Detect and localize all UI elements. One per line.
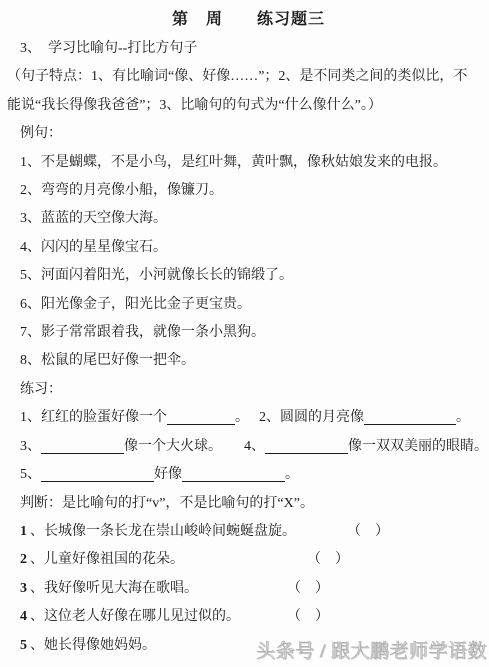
- example-sentence-2: 2、弯弯的月亮像小船，像镰刀。: [20, 177, 477, 205]
- fill-in-line-3: 5、好像。: [20, 461, 477, 489]
- example-sentence-3: 3、蓝蓝的天空像大海。: [20, 205, 477, 233]
- fill-q5-blank-1: [41, 466, 154, 482]
- fill-q4-text: 像一双双美丽的眼睛。: [348, 439, 488, 454]
- fill-q5-mid: 好像: [154, 467, 182, 482]
- fill-q3-blank: [41, 438, 124, 454]
- examples-label: 例句：: [20, 120, 477, 148]
- fill-q1-period: 。: [235, 410, 249, 425]
- page-title: 第 周 练习题三: [20, 5, 477, 35]
- fill-in-line-1: 1、红红的脸蛋好像一个。2、圆圆的月亮像。: [20, 404, 477, 432]
- example-sentence-7: 7、影子常常跟着我，就像一条小黑狗。: [20, 319, 477, 347]
- answer-parentheses: （ ）: [287, 575, 329, 603]
- judge-item-3: 3、我好像听见大海在歌唱。（ ）: [20, 575, 477, 603]
- fill-q3-num: 3、: [20, 439, 41, 454]
- example-sentence-6: 6、阳光像金子，阳光比金子更宝贵。: [20, 291, 477, 319]
- fill-q2-period: 。: [456, 410, 470, 425]
- exercise-label: 练习：: [20, 376, 477, 404]
- example-sentence-8: 8、松鼠的尾巴好像一把伞。: [20, 347, 477, 375]
- fill-in-line-2: 3、像一个大火球。4、像一双双美丽的眼睛。: [20, 433, 477, 461]
- section-heading-metaphor: 3、 学习比喻句--打比方句子: [20, 35, 477, 63]
- worksheet-page: 第 周 练习题三 3、 学习比喻句--打比方句子 （句子特点：1、有比喻词“像、…: [0, 0, 489, 667]
- answer-parentheses: （ ）: [347, 518, 389, 546]
- judge-item-text: 、我好像听见大海在歌唱。: [30, 581, 198, 596]
- judge-item-text: 、这位老人好像在哪儿见过似的。: [30, 609, 240, 624]
- judge-item-text: 、儿童好像祖国的花朵。: [30, 552, 184, 567]
- judge-item-text: 、她长得像她妈妈。: [30, 638, 156, 653]
- judge-item-number: 3: [20, 581, 27, 596]
- judge-item-1: 1、长城像一条长龙在崇山峻岭间蜿蜒盘旋。（ ）: [20, 518, 477, 546]
- fill-q3-text: 像一个大火球。: [124, 439, 222, 454]
- toutiao-watermark: 头条号 / 跟大鹏老师学语数: [256, 636, 487, 663]
- judge-item-4: 4、这位老人好像在哪儿见过似的。（ ）: [20, 603, 477, 631]
- judge-item-number: 1: [20, 524, 27, 539]
- fill-q4-blank: [265, 438, 348, 454]
- answer-parentheses: （ ）: [307, 546, 349, 574]
- judge-item-2: 2、儿童好像祖国的花朵。（ ）: [20, 546, 477, 574]
- answer-parentheses: （ ）: [287, 603, 329, 631]
- note-line-1: （句子特点：1、有比喻词“像、好像……”；2、是不同类之间的类似比，不: [7, 63, 477, 91]
- judge-item-text: 、长城像一条长龙在崇山峻岭间蜿蜒盘旋。: [30, 524, 296, 539]
- fill-q2-text: 2、圆圆的月亮像: [259, 410, 364, 425]
- fill-q1-blank: [167, 409, 235, 425]
- judge-item-number: 2: [20, 552, 27, 567]
- judge-heading: 判断：是比喻句的打“v”，不是比喻句的打“X”。: [20, 490, 477, 518]
- note-line-2: 能说“我长得像我爸爸”；3、比喻句的句式为“什么像什么”。）: [7, 92, 477, 120]
- fill-q1-text: 1、红红的脸蛋好像一个: [20, 410, 167, 425]
- fill-q5-period: 。: [285, 467, 299, 482]
- example-sentence-5: 5、河面闪着阳光，小河就像长长的锦缎了。: [20, 262, 477, 290]
- judge-item-number: 5: [20, 638, 27, 653]
- fill-q5-blank-2: [182, 466, 285, 482]
- judge-item-number: 4: [20, 609, 27, 624]
- fill-q4-num: 4、: [244, 439, 265, 454]
- example-sentence-1: 1、不是蝴蝶，不是小鸟，是红叶舞，黄叶飘，像秋姑娘发来的电报。: [20, 149, 477, 177]
- fill-q2-blank: [364, 409, 456, 425]
- fill-q5-num: 5、: [20, 467, 41, 482]
- example-sentence-4: 4、闪闪的星星像宝石。: [20, 234, 477, 262]
